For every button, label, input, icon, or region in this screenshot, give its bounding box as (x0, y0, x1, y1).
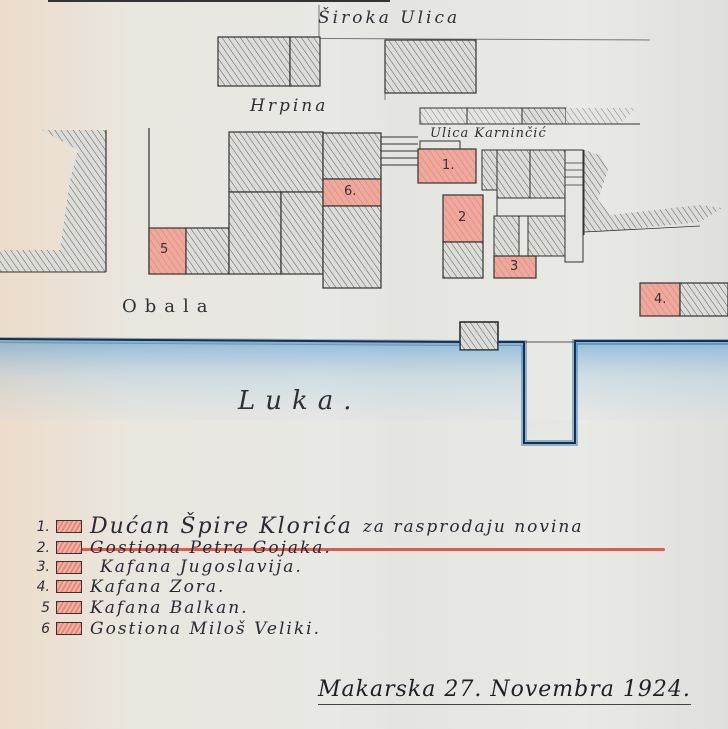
legend-number: 1. (20, 519, 50, 535)
marker-1-label: 1. (442, 158, 454, 173)
legend: 1. Dućan Špire Klorića za rasprodaju nov… (20, 516, 584, 639)
map-sheet: Široka Ulica Hrpina Ulica Karninčić Obal… (0, 0, 728, 729)
street-label-siroka-ulica: Široka Ulica (318, 8, 460, 28)
legend-item: 1. Dućan Špire Klorića za rasprodaju nov… (20, 516, 584, 537)
legend-text: Kafana Balkan. (90, 598, 249, 618)
legend-item: 2. Gostiona Petra Gojaka. (20, 537, 584, 558)
legend-swatch-icon (56, 561, 82, 574)
legend-item: 5 Kafana Balkan. (20, 597, 584, 618)
building-central (229, 132, 381, 288)
legend-swatch-icon (56, 541, 82, 554)
legend-text: Kafana Zora. (90, 577, 225, 597)
building-west (0, 130, 106, 272)
building-top-left (218, 37, 320, 86)
marker-3-label: 3 (510, 259, 518, 274)
legend-text: Dućan Špire Klorića (90, 514, 353, 539)
marker-4-label: 4. (654, 292, 666, 307)
marker-2-label: 2 (458, 210, 466, 225)
legend-number: 2. (20, 540, 50, 556)
place-date-signature: Makarska 27. Novembra 1924. (318, 677, 691, 705)
marker-6-label: 6. (344, 184, 356, 199)
legend-swatch-icon (56, 622, 82, 635)
kiosk-building (460, 322, 498, 350)
area-label-obala: Obala (122, 296, 216, 317)
legend-number: 5 (20, 600, 50, 616)
harbor-water (0, 339, 728, 443)
street-label-ulica-karnincic: Ulica Karninčić (430, 126, 547, 141)
legend-item: 3. Kafana Jugoslavija. (20, 558, 584, 576)
building-east-irregular (584, 150, 722, 232)
steps (381, 137, 418, 165)
legend-item: 6 Gostiona Miloš Veliki. (20, 618, 584, 639)
building-strip-north (420, 108, 640, 124)
street-label-hrpina: Hrpina (250, 96, 328, 116)
building-east-cluster (482, 150, 583, 262)
legend-number: 3. (20, 559, 50, 575)
legend-text: Gostiona Miloš Veliki. (90, 619, 321, 639)
area-label-luka: Luka. (238, 386, 362, 416)
marker-5-label: 5 (160, 242, 168, 257)
legend-swatch-icon (56, 601, 82, 614)
legend-swatch-icon (56, 520, 82, 533)
legend-text-tail: za rasprodaju novina (363, 517, 584, 537)
legend-number: 6 (20, 621, 50, 637)
legend-text: Kafana Jugoslavija. (100, 557, 303, 577)
legend-swatch-icon (56, 580, 82, 593)
building-top-right (385, 40, 476, 93)
legend-number: 4. (20, 579, 50, 595)
legend-item: 4. Kafana Zora. (20, 576, 584, 597)
legend-text: Gostiona Petra Gojaka. (90, 538, 332, 558)
